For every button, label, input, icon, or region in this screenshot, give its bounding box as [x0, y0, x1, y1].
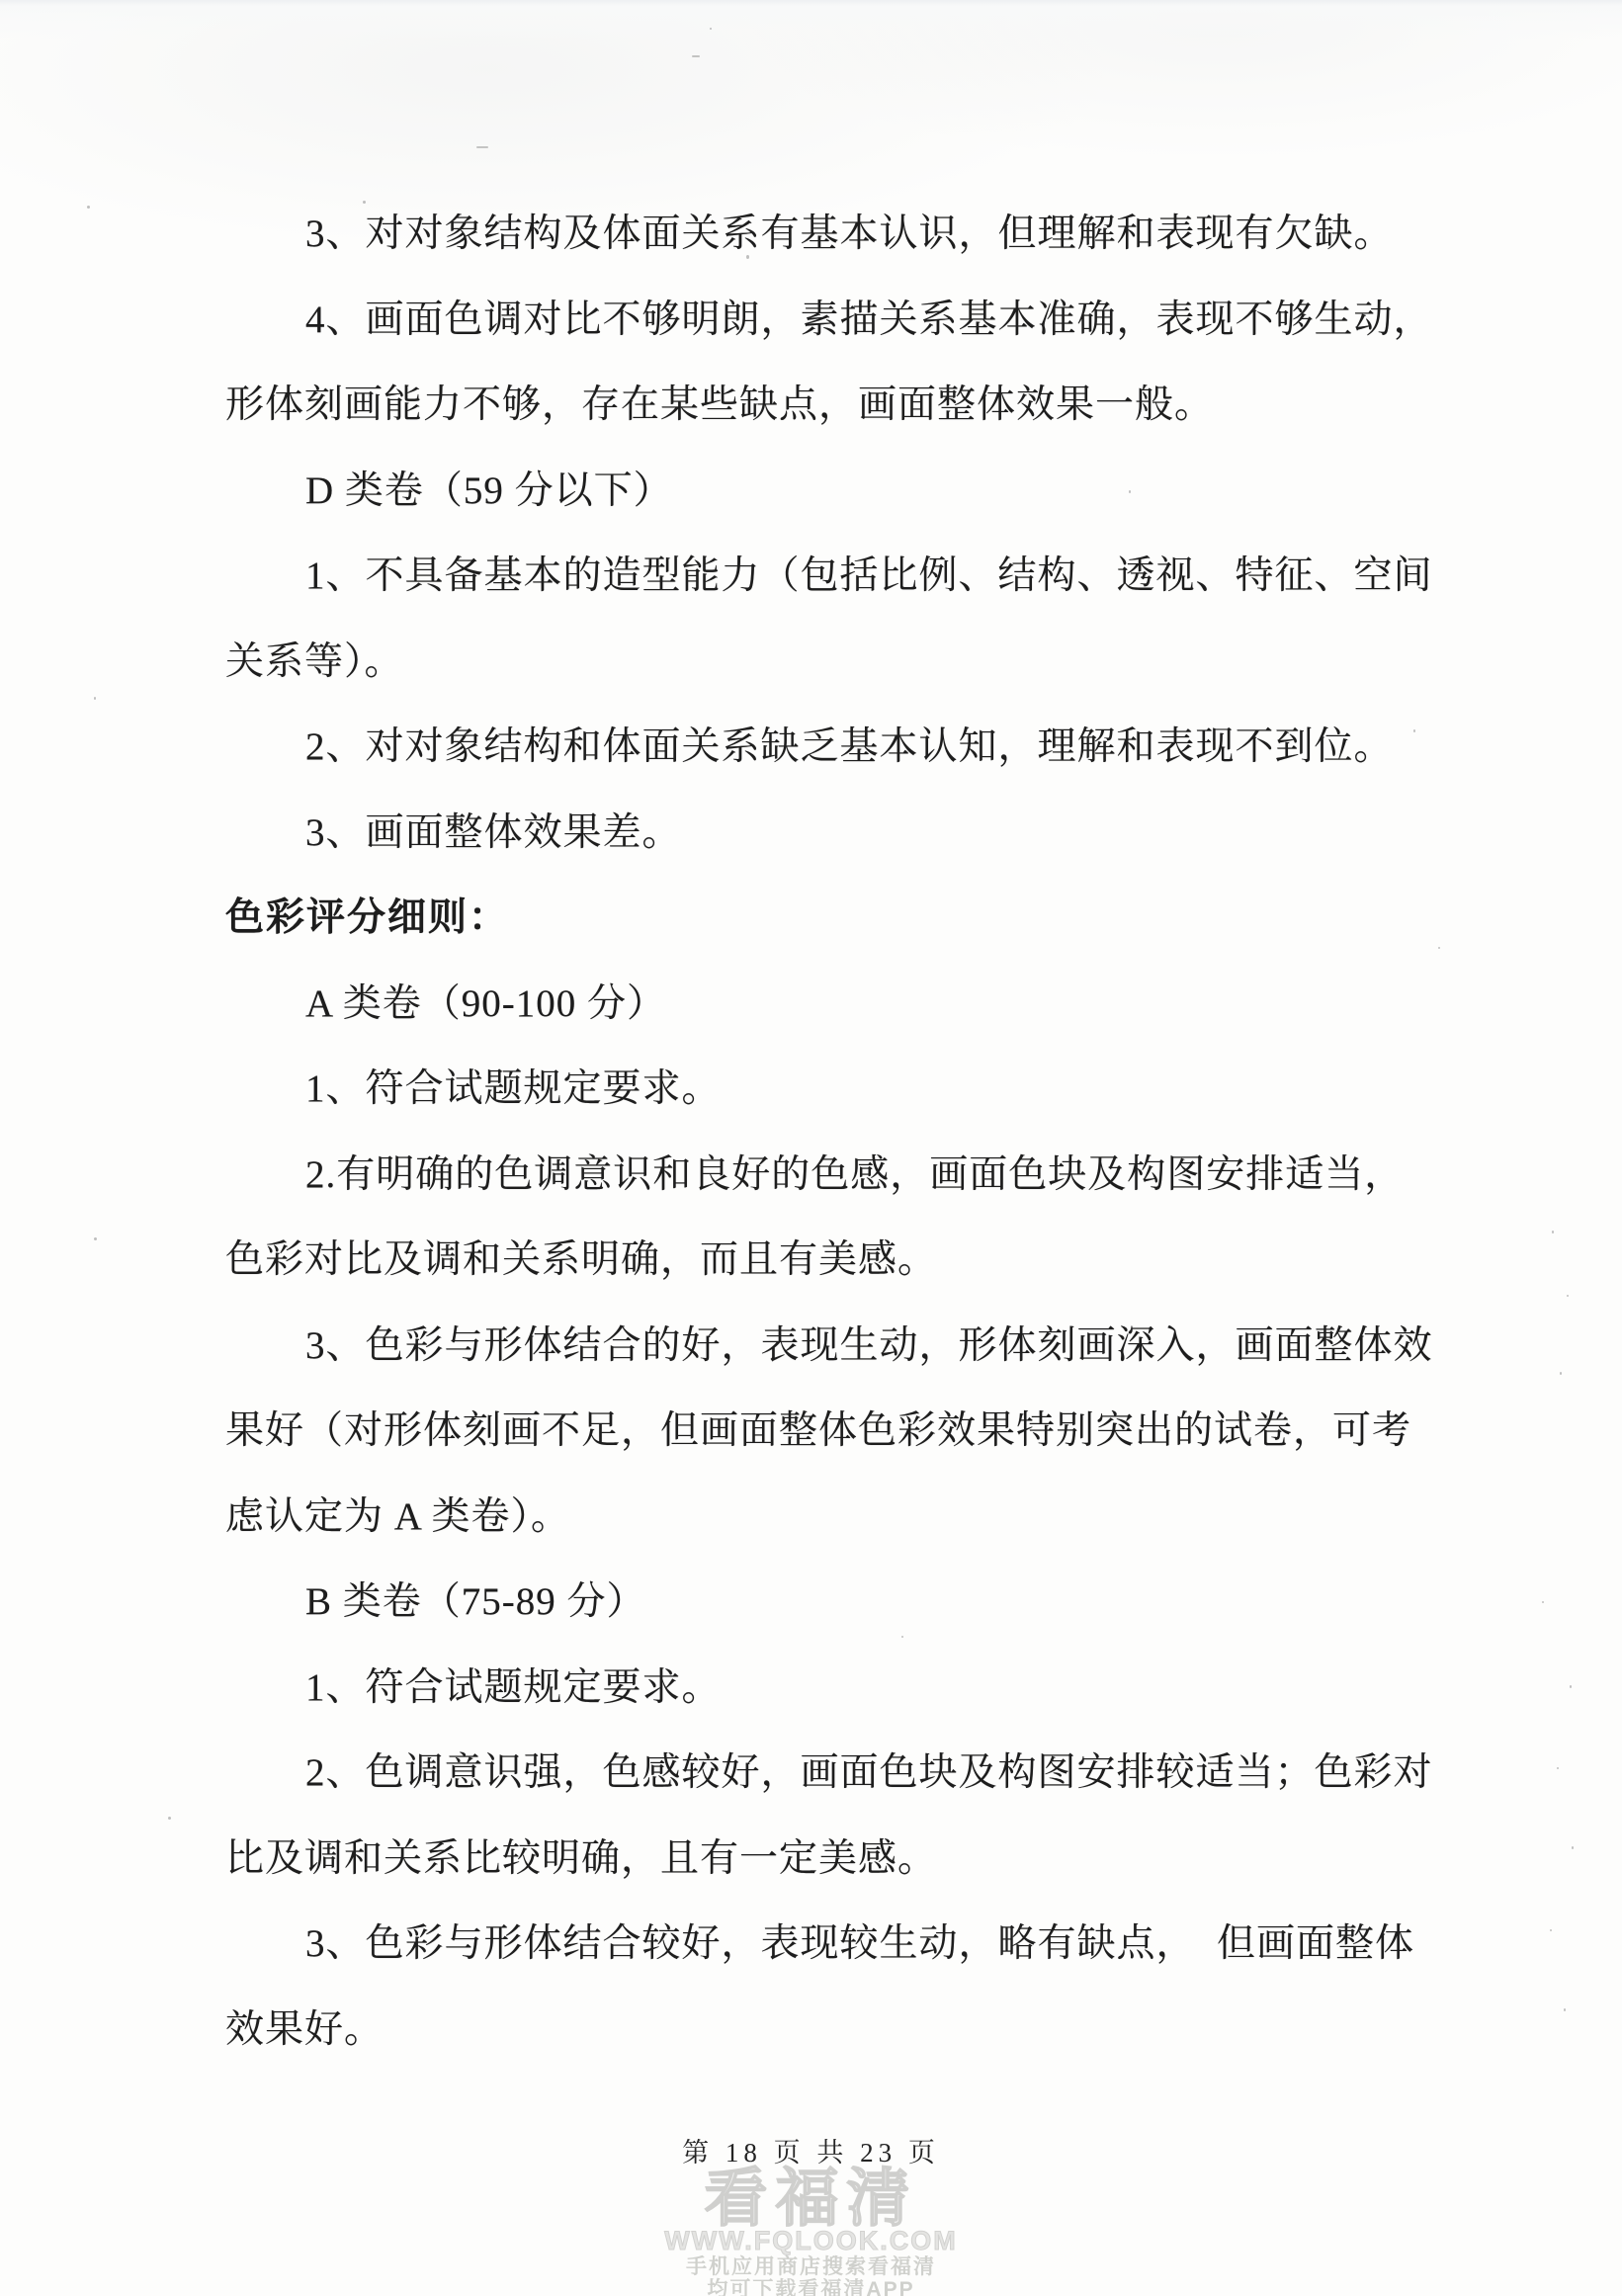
- body-line: 关系等）。: [225, 638, 1441, 723]
- watermark-note-2: 均可下载看福清APP: [0, 2279, 1622, 2296]
- scan-speck: [1567, 1295, 1569, 1297]
- scan-speck: [1552, 1231, 1554, 1233]
- scan-speck: [1413, 729, 1415, 732]
- scan-speck: [710, 28, 712, 30]
- section-heading-color-scoring: 色彩评分细则：: [225, 893, 1441, 979]
- body-line: 形体刻画能力不够，存在某些缺点，画面整体效果一般。: [225, 381, 1441, 467]
- scan-speck: [1557, 1767, 1559, 1769]
- page-number-footer: 第 18 页 共 23 页: [0, 2131, 1622, 2169]
- scanned-document-page: 3、对对象结构及体面关系有基本认识，但理解和表现有欠缺。 4、画面色调对比不够明…: [0, 0, 1622, 2296]
- watermark: 看福清 WWW.FQLOOK.COM 手机应用商店搜索看福清 均可下载看福清AP…: [0, 2168, 1622, 2296]
- scan-speck: [1560, 1372, 1562, 1375]
- scan-speck: [476, 146, 488, 148]
- scan-speck: [94, 1237, 97, 1240]
- scan-speck: [87, 206, 90, 209]
- body-line: 效果好。: [225, 2005, 1441, 2091]
- scan-speck: [363, 201, 366, 204]
- body-line: 3、对对象结构及体面关系有基本认识，但理解和表现有欠缺。: [225, 210, 1441, 296]
- body-line: 3、画面整体效果差。: [225, 808, 1441, 894]
- scan-speck: [692, 55, 700, 57]
- scan-speck: [1564, 2008, 1566, 2011]
- grade-b-heading: B 类卷（75-89 分）: [225, 1577, 1441, 1663]
- body-line: 3、色彩与形体结合的好，表现生动，形体刻画深入，画面整体效: [225, 1321, 1441, 1407]
- body-line: 1、不具备基本的造型能力（包括比例、结构、透视、特征、空间: [225, 552, 1441, 638]
- scan-speck: [1542, 1601, 1544, 1603]
- body-line: 2、色调意识强，色感较好，画面色块及构图安排较适当；色彩对: [225, 1748, 1441, 1834]
- scan-speck: [94, 697, 96, 700]
- document-body: 3、对对象结构及体面关系有基本认识，但理解和表现有欠缺。 4、画面色调对比不够明…: [225, 210, 1441, 2090]
- scan-speck: [901, 1636, 903, 1638]
- body-line: 4、画面色调对比不够明朗，素描关系基本准确，表现不够生动，: [225, 296, 1441, 382]
- scan-speck: [1572, 1846, 1574, 1849]
- grade-a-heading: A 类卷（90-100 分）: [225, 979, 1441, 1065]
- body-line: 虑认定为 A 类卷）。: [225, 1492, 1441, 1578]
- scan-speck: [168, 1817, 171, 1820]
- body-line: 比及调和关系比较明确，且有一定美感。: [225, 1834, 1441, 1920]
- scan-speck: [1570, 1685, 1572, 1688]
- body-line: 2.有明确的色调意识和良好的色感，画面色块及构图安排适当，: [225, 1150, 1441, 1236]
- scan-speck: [1129, 490, 1131, 493]
- body-line: 1、符合试题规定要求。: [225, 1663, 1441, 1749]
- body-line: 果好（对形体刻画不足，但画面整体色彩效果特别突出的试卷，可考: [225, 1406, 1441, 1492]
- watermark-note-1: 手机应用商店搜索看福清: [0, 2256, 1622, 2277]
- body-line: 3、色彩与形体结合较好，表现较生动，略有缺点， 但画面整体: [225, 1919, 1441, 2005]
- body-line: 1、符合试题规定要求。: [225, 1064, 1441, 1150]
- scan-speck: [746, 255, 749, 259]
- grade-d-heading: D 类卷（59 分以下）: [225, 467, 1441, 553]
- scan-speck: [1550, 1929, 1552, 1931]
- body-line: 色彩对比及调和关系明确，而且有美感。: [225, 1235, 1441, 1321]
- watermark-brand: 看福清: [0, 2168, 1622, 2228]
- watermark-url: WWW.FQLOOK.COM: [0, 2228, 1622, 2254]
- scan-speck: [1438, 947, 1440, 949]
- body-line: 2、对对象结构和体面关系缺乏基本认知，理解和表现不到位。: [225, 723, 1441, 808]
